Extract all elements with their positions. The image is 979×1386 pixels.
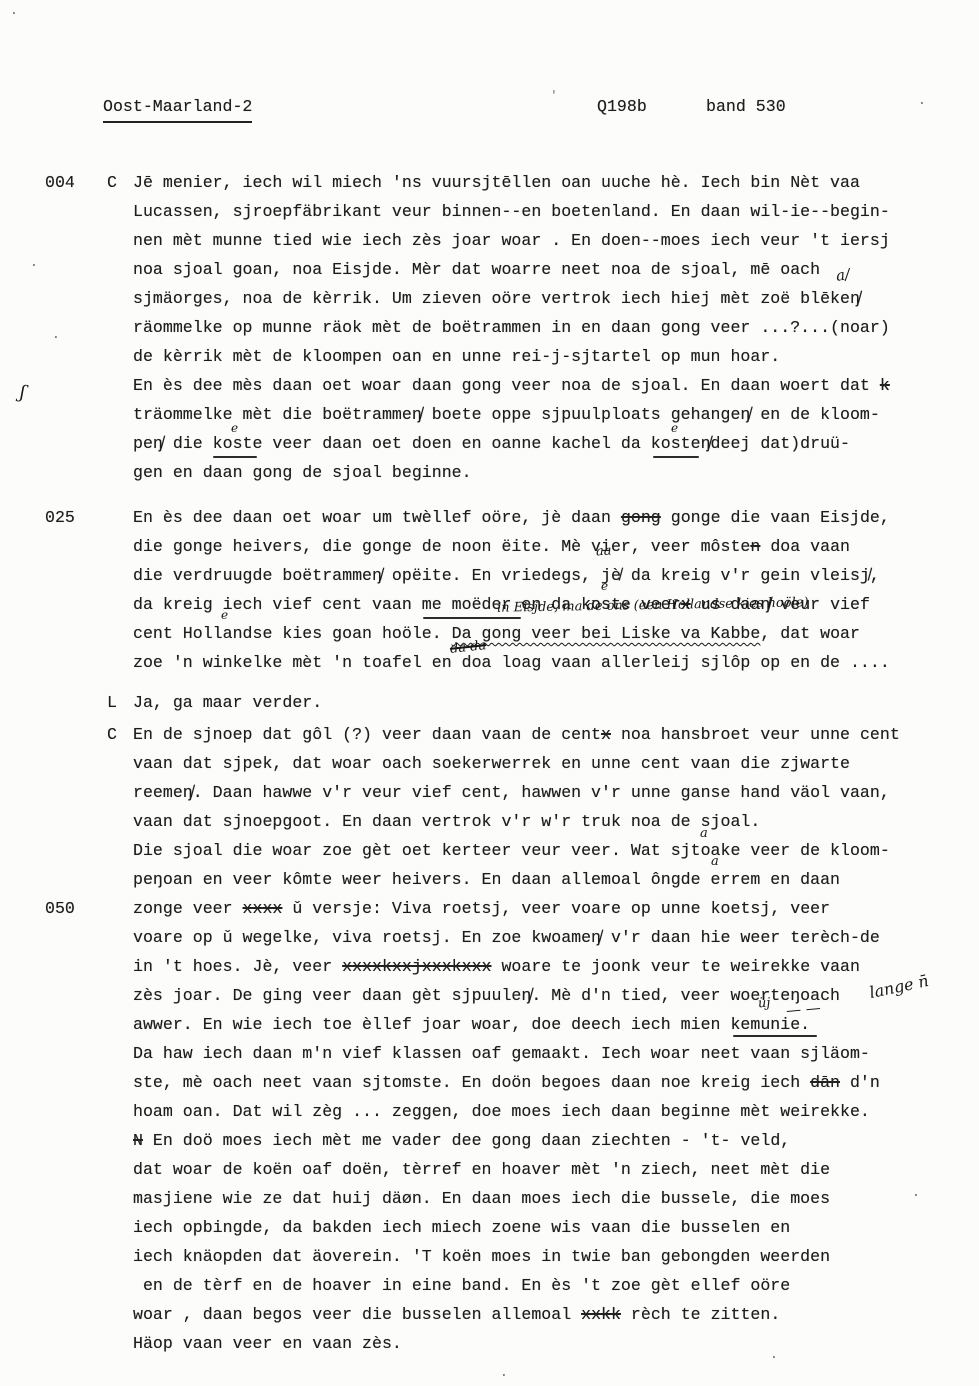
handwritten-annotation: e [231, 422, 238, 434]
pen-underline-mark [653, 456, 699, 458]
typed-text: hoam oan. Dat wil zèg ... zeggen, doe mo… [133, 1102, 870, 1121]
text-line: die gonge heivers, die gonge de noon ëit… [133, 536, 850, 558]
scan-speck: . [52, 328, 60, 341]
pen-underline-mark [733, 1035, 817, 1037]
typed-text: die verdruugde boëtrammeŋ̸ opëite. En vr… [133, 566, 880, 585]
text-line: räommelke op munne räok mèt de boëtramme… [133, 317, 890, 339]
typed-text: reemeŋ̸. Daan hawwe v'r veur vief cent, … [133, 783, 890, 802]
struck-or-marked-text: k [880, 376, 890, 395]
typed-text: vaan dat sjnoepgoot. En daan vertrok v'r… [133, 812, 760, 831]
text-line: cent Hollandse kies goan hoöle. Da gong … [133, 623, 860, 645]
typed-text: peŋ̸ die koste veer daan oet doen en oan… [133, 434, 850, 453]
handwritten-annotation: aa [596, 544, 612, 558]
margin-line-number: 050 [45, 898, 75, 920]
text-line: woar , daan begos veer die busselen alle… [133, 1304, 780, 1326]
text-line: En ès dee mès daan oet woar daan gong ve… [133, 375, 890, 397]
scan-speck: . [912, 1186, 920, 1199]
pen-underline-mark [423, 617, 521, 619]
text-line: de kèrrik mèt de kloompen oan en unne re… [133, 346, 780, 368]
text-line: Die sjoal die woar zoe gèt oet kerteer v… [133, 840, 890, 862]
margin-line-number: 025 [45, 507, 75, 529]
text-line: Da haw iech daan m'n vief klassen oaf ge… [133, 1043, 870, 1065]
speaker-label: C [107, 724, 117, 746]
typed-text: En doö moes iech mèt me vader dee gong d… [143, 1131, 790, 1150]
text-line: Ja, ga maar verder. [133, 692, 322, 714]
typed-text: d'n [840, 1073, 880, 1092]
document-page: Oost-Maarland-2 Q198b band 530 004025050… [0, 0, 979, 1386]
typed-text: zès joar. De ging veer daan gèt sjpuuleŋ… [133, 986, 840, 1005]
scan-speck: ' [550, 90, 558, 103]
handwritten-annotation: lange n̄ [868, 973, 930, 1001]
handwritten-annotation: ʃ [19, 384, 26, 403]
typed-text: , dat woar [760, 624, 860, 643]
struck-or-marked-text: dān [810, 1073, 840, 1092]
handwritten-annotation: e [601, 580, 608, 592]
typed-text: iech knäopden dat äoverein. 'T koën moes… [133, 1247, 830, 1266]
page-title: Oost-Maarland-2 [103, 96, 252, 123]
text-line: En ès dee daan oet woar um twèllef oöre,… [133, 507, 890, 529]
typed-text: Ja, ga maar verder. [133, 693, 322, 712]
text-line: Lucassen, sjroepfäbrikant veur binnen--e… [133, 201, 890, 223]
struck-or-marked-text: x [601, 725, 611, 744]
typed-text: noa hansbroet veur unne cent [611, 725, 900, 744]
typed-text: cent Hollandse kies goan hoöle. [133, 624, 452, 643]
questionnaire-code: Q198b [597, 96, 647, 118]
typed-text: sjmäorges, noa de kèrrik. Um zieven oöre… [133, 289, 860, 308]
text-line: En de sjnoep dat gôl (?) veer daan vaan … [133, 724, 900, 746]
struck-or-marked-text: xxxxkxxjxxxkxxx [342, 957, 491, 976]
typed-text: En ès dee daan oet woar um twèllef oöre,… [133, 508, 621, 527]
tape-band-number: band 530 [706, 96, 786, 118]
typed-text: gen en daan gong de sjoal beginne. [133, 463, 472, 482]
typed-text: nen mèt munne tied wie iech zès joar woa… [133, 231, 890, 250]
struck-or-marked-text: Da gong veer bei Liske va Kabbe [452, 624, 761, 643]
text-line: awwer. En wie iech toe èllef joar woar, … [133, 1014, 810, 1036]
struck-or-marked-text: xxxx [243, 899, 283, 918]
typed-text: dat woar de koën oaf doën, tèrref en hoa… [133, 1160, 830, 1179]
typed-text: En ès dee mès daan oet woar daan gong ve… [133, 376, 880, 395]
typed-text: ste, mè oach neet vaan sjtomste. En doön… [133, 1073, 810, 1092]
margin-line-number: 004 [45, 172, 75, 194]
text-line: zonge veer xxxx ǔ versje: Viva roetsj, v… [133, 898, 830, 920]
handwritten-annotation: üj [758, 997, 771, 1011]
struck-or-marked-text: xxkk [581, 1305, 621, 1324]
text-line: vaan dat sjpek, dat woar oach soekerwerr… [133, 753, 850, 775]
text-line: noa sjoal goan, noa Eisjde. Mèr dat woar… [133, 259, 820, 281]
text-line: iech opbingde, da bakden iech miech zoen… [133, 1217, 790, 1239]
typed-text: in 't hoes. Jè, veer [133, 957, 342, 976]
typed-text: de kèrrik mèt de kloompen oan en unne re… [133, 347, 780, 366]
typed-text: die gonge heivers, die gonge de noon ëit… [133, 537, 750, 556]
handwritten-annotation: a∕ [835, 267, 851, 284]
typed-text: rèch te zitten. [621, 1305, 780, 1324]
scan-speck: . [918, 94, 926, 107]
typed-text: en de tèrf en de hoaver in eine band. En… [133, 1276, 790, 1295]
typed-text: Jē menier, iech wil miech 'ns vuursjtēll… [133, 173, 860, 192]
text-line: masjiene wie ze dat huij däøn. En daan m… [133, 1188, 830, 1210]
struck-or-marked-text: n [750, 537, 760, 556]
typed-text: En de sjnoep dat gôl (?) veer daan vaan … [133, 725, 601, 744]
text-line: voare op ǔ wegelke, viva roetsj. En zoe … [133, 927, 880, 949]
typed-text: Lucassen, sjroepfäbrikant veur binnen--e… [133, 202, 890, 221]
typed-text: vaan dat sjpek, dat woar oach soekerwerr… [133, 754, 850, 773]
text-line: iech knäopden dat äoverein. 'T koën moes… [133, 1246, 830, 1268]
text-line: N En doö moes iech mèt me vader dee gong… [133, 1130, 790, 1152]
typed-text: träommelke mèt die boëtrammeŋ̸ boete opp… [133, 405, 880, 424]
text-line: die verdruugde boëtrammeŋ̸ opëite. En vr… [133, 565, 880, 587]
struck-or-marked-text: N [133, 1131, 143, 1150]
typed-text: noa sjoal goan, noa Eisjde. Mèr dat woar… [133, 260, 820, 279]
scan-speck: . [770, 1348, 778, 1361]
text-line: sjmäorges, noa de kèrrik. Um zieven oöre… [133, 288, 860, 310]
typed-text: woar , daan begos veer die busselen alle… [133, 1305, 581, 1324]
handwritten-annotation: e [221, 609, 228, 621]
handwritten-annotation: a [700, 827, 708, 840]
scan-speck: . [500, 1366, 508, 1379]
text-line: gen en daan gong de sjoal beginne. [133, 462, 472, 484]
text-line: Häop vaan veer en vaan zès. [133, 1333, 402, 1355]
typed-text: zonge veer [133, 899, 243, 918]
speaker-label: C [107, 172, 117, 194]
text-line: zès joar. De ging veer daan gèt sjpuuleŋ… [133, 985, 840, 1007]
text-line: in 't hoes. Jè, veer xxxxkxxjxxxkxxx woa… [133, 956, 860, 978]
typed-text: gonge die vaan Eisjde, [661, 508, 890, 527]
text-line: vaan dat sjnoepgoot. En daan vertrok v'r… [133, 811, 760, 833]
typed-text: masjiene wie ze dat huij däøn. En daan m… [133, 1189, 830, 1208]
typed-text: räommelke op munne räok mèt de boëtramme… [133, 318, 890, 337]
text-line: peŋoan en veer kômte weer heivers. En da… [133, 869, 840, 891]
text-line: nen mèt munne tied wie iech zès joar woa… [133, 230, 890, 252]
typed-text: Da haw iech daan m'n vief klassen oaf ge… [133, 1044, 870, 1063]
text-line: dat woar de koën oaf doën, tèrref en hoa… [133, 1159, 830, 1181]
handwritten-annotation: e [671, 422, 678, 434]
struck-or-marked-text: gong [621, 508, 661, 527]
scan-speck: . [10, 4, 18, 17]
text-line: en de tèrf en de hoaver in eine band. En… [133, 1275, 790, 1297]
typed-text: ǔ versje: Viva roetsj, veer voare op unn… [282, 899, 830, 918]
text-line: hoam oan. Dat wil zèg ... zeggen, doe mo… [133, 1101, 870, 1123]
text-line: reemeŋ̸. Daan hawwe v'r veur vief cent, … [133, 782, 890, 804]
typed-text: iech opbingde, da bakden iech miech zoen… [133, 1218, 790, 1237]
text-line: träommelke mèt die boëtrammeŋ̸ boete opp… [133, 404, 880, 426]
typed-text: Die sjoal die woar zoe gèt oet kerteer v… [133, 841, 890, 860]
typed-text: voare op ǔ wegelke, viva roetsj. En zoe … [133, 928, 880, 947]
speaker-label: L [107, 692, 117, 714]
scan-speck: . [30, 256, 38, 269]
text-line: zoe 'n winkelke mèt 'n toafel en doa loa… [133, 652, 890, 674]
pen-underline-mark [213, 456, 257, 458]
text-line: Jē menier, iech wil miech 'ns vuursjtēll… [133, 172, 860, 194]
handwritten-annotation: a [711, 855, 719, 868]
typed-text: peŋoan en veer kômte weer heivers. En da… [133, 870, 840, 889]
typed-text: woare te joonk veur te weirekke vaan [492, 957, 860, 976]
handwritten-annotation: da da [449, 639, 486, 656]
text-line: peŋ̸ die koste veer daan oet doen en oan… [133, 433, 850, 455]
typed-text: doa vaan [760, 537, 850, 556]
typed-text: Häop vaan veer en vaan zès. [133, 1334, 402, 1353]
typed-text: awwer. En wie iech toe èllef joar woar, … [133, 1015, 810, 1034]
typed-text: zoe 'n winkelke mèt 'n toafel en doa loa… [133, 653, 890, 672]
handwritten-annotation: — — [785, 1001, 821, 1019]
text-line: ste, mè oach neet vaan sjtomste. En doön… [133, 1072, 880, 1094]
